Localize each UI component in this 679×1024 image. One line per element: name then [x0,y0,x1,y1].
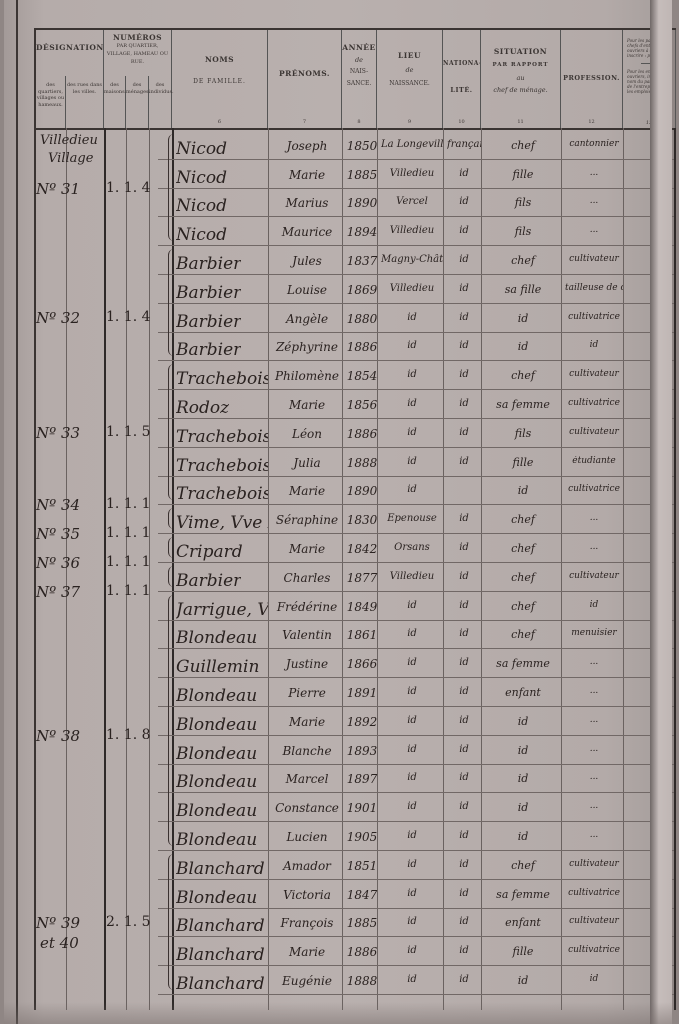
register-page: DÉSIGNATION des quartiers, villages ou h… [4,0,672,1024]
cell-prof: ... [565,715,623,725]
cell-surname: Trachebois [176,456,268,476]
header-numeros-individuals: des individus. [149,76,172,128]
header-label: LIEU [377,52,442,60]
cell-sit: id [485,312,561,325]
household-number: Nº 35 [36,525,80,543]
cell-nat: id [447,888,481,899]
cell-first: François [272,916,342,930]
header-profession: PROFESSION. 12 [561,30,623,128]
cell-year: 1886 [346,340,378,354]
cell-sit: chef [485,542,561,555]
cell-place: id [381,398,443,409]
cell-sit: chef [485,513,561,526]
cell-nat: id [447,542,481,553]
header-label: SITUATION [481,48,560,56]
cell-prof: cultivateur [565,571,623,581]
table-row: GuilleminJustine1866ididsa femme... [36,648,676,677]
cell-surname: Blondeau [176,772,257,792]
household-counts: 1. 1. 1 [106,525,151,541]
cell-place: Epenouse [381,513,443,524]
cell-year: 1851 [346,859,378,873]
cell-first: Marie [272,484,342,498]
cell-place: id [381,628,443,639]
cell-place: id [381,456,443,467]
cell-sit: id [485,715,561,728]
cell-prof: cultivatrice [565,398,623,408]
header-line: NAISSANCE. [377,80,442,88]
header-line: LITÉ. [443,86,480,94]
cell-nat: id [447,686,481,697]
household-counts: 1. 1. 4 [106,180,151,196]
cell-nat: id [447,398,481,409]
cell-sit: enfant [485,916,561,929]
cell-surname: Barbier [176,571,241,591]
table-row: BlanchardMarie1886ididfillecultivatrice [36,936,676,965]
cell-surname: Blondeau [176,686,257,706]
header-sublabel: DE FAMILLE. [172,78,267,86]
cell-year: 1894 [346,225,378,239]
cell-first: Louise [272,283,342,297]
household-counts: 1. 1. 1 [106,496,151,512]
cell-place: id [381,859,443,870]
cell-sit: fils [485,427,561,440]
cell-prof: cultivatrice [565,312,623,322]
cell-first: Marie [272,542,342,556]
cell-place: id [381,772,443,783]
household-number: Nº 32 [36,309,80,327]
header-label: NATIONA- [443,60,480,68]
cell-prof: cantonnier [565,139,623,149]
cell-year: 1877 [346,571,378,585]
cell-year: 1842 [346,542,378,556]
cell-first: Jules [272,254,342,268]
cell-surname: Blanchard [176,974,265,994]
table-row: BlanchardAmador1851ididchefcultivateur [36,850,676,879]
header-situation: SITUATION PAR RAPPORT au chef de ménage.… [481,30,561,128]
cell-year: 1897 [346,772,378,786]
cell-place: id [381,657,443,668]
household-brace [168,566,175,587]
cell-first: Frédérine [272,600,342,614]
header-line: de [342,56,376,64]
cell-prof: menuisier [565,628,623,638]
household-counts: 1. 1. 1 [106,554,151,570]
cell-nat: id [447,830,481,841]
cell-nat: id [447,427,481,438]
cell-sit: id [485,830,561,843]
header-designation-streets: des rues dans les villes. [66,76,104,128]
header-sub-label: des rues dans les villes. [67,82,102,95]
cell-sit: chef [485,254,561,267]
table-row: NicodJoseph1850La Longevillefrançaischef… [36,130,676,159]
household-brace [168,134,175,241]
table-row: TracheboisJulia1888ididfilleétudiante [36,447,676,476]
cell-place: id [381,916,443,927]
header-num: 6 [172,118,267,126]
cell-surname: Barbier [176,312,241,332]
cell-surname: Blanchard [176,916,265,936]
cell-sit: chef [485,571,561,584]
header-label: ANNÉE [342,44,376,52]
cell-year: 1849 [346,600,378,614]
household-number-second: et 40 [40,934,79,952]
header-nationalite: NATIONA- LITÉ. 10 [443,30,481,128]
cell-nat: id [447,945,481,956]
header-line: chef de ménage. [481,86,560,94]
cell-surname: Nicod [176,196,227,216]
census-table: DÉSIGNATION des quartiers, villages ou h… [34,28,676,1010]
household-brace [168,508,175,529]
header-designation-hamlets: des quartiers, villages ou hameaux. [36,76,66,128]
cell-sit: sa fille [485,283,561,296]
cell-year: 1856 [346,398,378,412]
header-line: SANCE. [342,80,376,88]
cell-sit: sa femme [485,888,561,901]
cell-sit: fils [485,225,561,238]
table-row: BlondeauLucien1905ididid... [36,821,676,850]
cell-year: 1866 [346,657,378,671]
cell-place: id [381,945,443,956]
cell-year: 1885 [346,168,378,182]
header-line: de [377,66,442,74]
table-row: BlanchardEugénie1888idididid [36,965,676,994]
cell-surname: Nicod [176,139,227,159]
cell-sit: id [485,484,561,497]
cell-prof: cultivatrice [565,945,623,955]
cell-place: id [381,715,443,726]
household-number: Nº 33 [36,424,80,442]
cell-place: La Longeville [381,139,443,150]
cell-prof: id [565,600,623,610]
table-row: BlondeauMarcel1897ididid... [36,764,676,793]
cell-year: 1886 [346,945,378,959]
cell-year: 1892 [346,715,378,729]
cell-prof: cultivateur [565,254,623,264]
header-label: DÉSIGNATION [36,44,103,52]
cell-prof: cultivateur [565,916,623,926]
cell-first: Charles [272,571,342,585]
cell-prof: ... [565,225,623,235]
cell-first: Blanche [272,744,342,758]
cell-year: 1888 [346,456,378,470]
cell-surname: Rodoz [176,398,229,418]
household-brace [168,595,175,846]
cell-nat: id [447,456,481,467]
header-num: 9 [377,118,442,126]
header-sub-label: des quartiers, villages ou hameaux. [37,82,64,108]
table-row: TracheboisPhilomène1854ididchefcultivate… [36,360,676,389]
cell-nat: id [447,600,481,611]
cell-place: id [381,801,443,812]
header-label: NUMÉROS [104,34,171,42]
cell-surname: Jarrigue, Vve Blondeau [176,600,268,620]
cell-sit: fille [485,456,561,469]
cell-place: id [381,369,443,380]
cell-prof: ... [565,196,623,206]
locality-line: Villedieu [40,132,98,150]
table-row: BarbierLouise1869Villedieuidsa filletail… [36,274,676,303]
cell-place: id [381,312,443,323]
cell-sit: id [485,772,561,785]
cell-place: id [381,974,443,985]
cell-surname: Guillemin [176,657,259,677]
header-noms: NOMS DE FAMILLE. 6 [172,30,268,128]
cell-nat: id [447,974,481,985]
cell-first: Maurice [272,225,342,239]
cell-year: 1850 [346,139,378,153]
cell-first: Séraphine [272,513,342,527]
header-num: 12 [561,118,622,126]
cell-nat: id [447,859,481,870]
cell-year: 1847 [346,888,378,902]
cell-place: Vercel [381,196,443,207]
cell-nat: id [447,571,481,582]
cell-nat: français [447,139,481,150]
cell-year: 1854 [346,369,378,383]
cell-nat: id [447,715,481,726]
cell-prof: ... [565,657,623,667]
cell-prof: cultivatrice [565,888,623,898]
cell-surname: Blondeau [176,628,257,648]
household-counts: 1. 1. 1 [106,583,151,599]
header-label: PRÉNOMS. [268,70,341,78]
household-number: Nº 31 [36,180,80,198]
cell-first: Victoria [272,888,342,902]
cell-first: Marie [272,945,342,959]
header-num: 10 [443,118,480,126]
cell-sit: sa femme [485,657,561,670]
cell-prof: cultivateur [565,859,623,869]
cell-year: 1888 [346,974,378,988]
cell-year: 1890 [346,196,378,210]
cell-year: 1890 [346,484,378,498]
cell-first: Joseph [272,139,342,153]
cell-nat: id [447,283,481,294]
cell-prof: ... [565,744,623,754]
cell-surname: Blondeau [176,801,257,821]
cell-place: id [381,600,443,611]
header-numeros-households: des ménages. [126,76,149,128]
cell-place: Magny-Châtelard [381,254,443,265]
cell-first: Valentin [272,628,342,642]
cell-prof: cultivatrice [565,484,623,494]
header-num: 11 [481,118,560,126]
household-brace [168,854,175,990]
cell-first: Constance [272,801,342,815]
cell-first: Julia [272,456,342,470]
header-annee: ANNÉE de NAIS- SANCE. 8 [342,30,377,128]
cell-sit: enfant [485,686,561,699]
cell-first: Angèle [272,312,342,326]
cell-nat: id [447,312,481,323]
cell-place: Villedieu [381,571,443,582]
header-line: au [481,74,560,82]
header-label: NOMS [172,56,267,64]
cell-surname: Nicod [176,225,227,245]
cell-first: Lucien [272,830,342,844]
header-sublabel: PAR QUARTIER, VILLAGE, HAMEAU OU RUE. [104,42,171,66]
cell-first: Zéphyrine [272,340,342,354]
cell-year: 1869 [346,283,378,297]
cell-place: id [381,484,443,495]
cell-year: 1886 [346,427,378,441]
cell-prof: tailleuse de chaussures [565,283,623,293]
cell-year: 1837 [346,254,378,268]
cell-nat: id [447,801,481,812]
cell-prof: cultivateur [565,369,623,379]
cell-first: Marcel [272,772,342,786]
cell-sit: fille [485,168,561,181]
cell-first: Marie [272,715,342,729]
cell-place: id [381,427,443,438]
cell-first: Eugénie [272,974,342,988]
page-edge [650,0,672,1024]
cell-prof: ... [565,830,623,840]
household-counts: 1. 1. 5 [106,424,151,440]
cell-sit: id [485,340,561,353]
locality-line: Village [40,150,98,168]
table-row: RodozMarie1856ididsa femmecultivatrice [36,389,676,418]
cell-surname: Cripard [176,542,243,562]
cell-place: id [381,744,443,755]
cell-sit: id [485,744,561,757]
table-row: BlondeauConstance1901ididid... [36,792,676,821]
cell-place: id [381,830,443,841]
cell-nat: id [447,340,481,351]
table-row: BlondeauValentin1861ididchefmenuisier [36,620,676,649]
cell-place: id [381,888,443,899]
household-counts: 2. 1. 5 [106,914,151,930]
cell-prof: id [565,974,623,984]
table-row: BlondeauPierre1891ididenfant... [36,677,676,706]
cell-prof: id [565,340,623,350]
table-row: BlondeauVictoria1847ididsa femmecultivat… [36,879,676,908]
cell-surname: Barbier [176,283,241,303]
cell-surname: Blanchard [176,945,265,965]
household-number: Nº 36 [36,554,80,572]
cell-first: Léon [272,427,342,441]
cell-nat: id [447,916,481,927]
cell-sit: chef [485,600,561,613]
cell-surname: Barbier [176,254,241,274]
cell-first: Pierre [272,686,342,700]
cell-surname: Blondeau [176,715,257,735]
cell-nat: id [447,254,481,265]
cell-nat: id [447,369,481,380]
cell-sit: fille [485,945,561,958]
cell-place: Villedieu [381,225,443,236]
header-num: 8 [342,118,376,126]
household-number: Nº 38 [36,727,80,745]
cell-surname: Nicod [176,168,227,188]
cell-place: Villedieu [381,283,443,294]
cell-sit: chef [485,859,561,872]
cell-prof: cultivateur [565,427,623,437]
cell-surname: Blondeau [176,888,257,908]
cell-year: 1880 [346,312,378,326]
header-sub-label: des individus. [149,82,174,95]
cell-sit: sa femme [485,398,561,411]
locality-name: VilledieuVillage [40,132,98,168]
cell-place: Villedieu [381,168,443,179]
household-brace [168,249,175,356]
cell-nat: id [447,196,481,207]
header-numeros-houses: des maisons. [104,76,126,128]
household-counts: 1. 1. 4 [106,309,151,325]
household-number: Nº 39 [36,914,80,932]
cell-prof: ... [565,686,623,696]
cell-surname: Barbier [176,340,241,360]
cell-place: id [381,686,443,697]
header-line: PAR RAPPORT [481,61,560,69]
cell-nat: id [447,513,481,524]
cell-place: Orsans [381,542,443,553]
cell-year: 1905 [346,830,378,844]
household-brace [168,364,175,500]
header-lieu: LIEU de NAISSANCE. 9 [377,30,443,128]
cell-surname: Trachebois [176,484,268,504]
cell-sit: fils [485,196,561,209]
cell-surname: Vime, Vve Barbier [176,513,268,533]
household-number: Nº 37 [36,583,80,601]
header-sub-label: des ménages. [126,82,150,95]
cell-prof: ... [565,513,623,523]
page-bottom-shadow [4,1002,672,1024]
cell-nat: id [447,225,481,236]
table-row: BarbierZéphyrine1886idididid [36,332,676,361]
cell-nat: id [447,168,481,179]
header-line: NAIS- [342,68,376,76]
header-prenoms: PRÉNOMS. 7 [268,30,342,128]
cell-first: Philomène [272,369,342,383]
cell-first: Marius [272,196,342,210]
cell-first: Amador [272,859,342,873]
header-label: PROFESSION. [561,74,622,82]
cell-surname: Blanchard [176,859,265,879]
cell-year: 1885 [346,916,378,930]
cell-sit: chef [485,628,561,641]
household-counts: 1. 1. 8 [106,727,151,743]
cell-year: 1901 [346,801,378,815]
table-row: NicodMaurice1894Villedieuidfils... [36,216,676,245]
cell-prof: ... [565,801,623,811]
cell-sit: chef [485,369,561,382]
cell-year: 1893 [346,744,378,758]
cell-nat: id [447,772,481,783]
cell-nat: id [447,628,481,639]
cell-year: 1891 [346,686,378,700]
row-rule [158,994,674,995]
page-margin-line [16,0,18,1024]
cell-year: 1830 [346,513,378,527]
header-sub-label: des maisons. [104,82,126,95]
cell-prof: ... [565,542,623,552]
cell-sit: chef [485,139,561,152]
cell-prof: étudiante [565,456,623,466]
cell-prof: ... [565,168,623,178]
cell-first: Marie [272,398,342,412]
cell-place: id [381,340,443,351]
cell-surname: Blondeau [176,744,257,764]
cell-year: 1861 [346,628,378,642]
cell-surname: Trachebois [176,369,268,389]
header-num: 7 [268,118,341,126]
cell-sit: id [485,974,561,987]
household-brace [168,537,175,558]
cell-surname: Blondeau [176,830,257,850]
cell-prof: ... [565,772,623,782]
cell-sit: id [485,801,561,814]
